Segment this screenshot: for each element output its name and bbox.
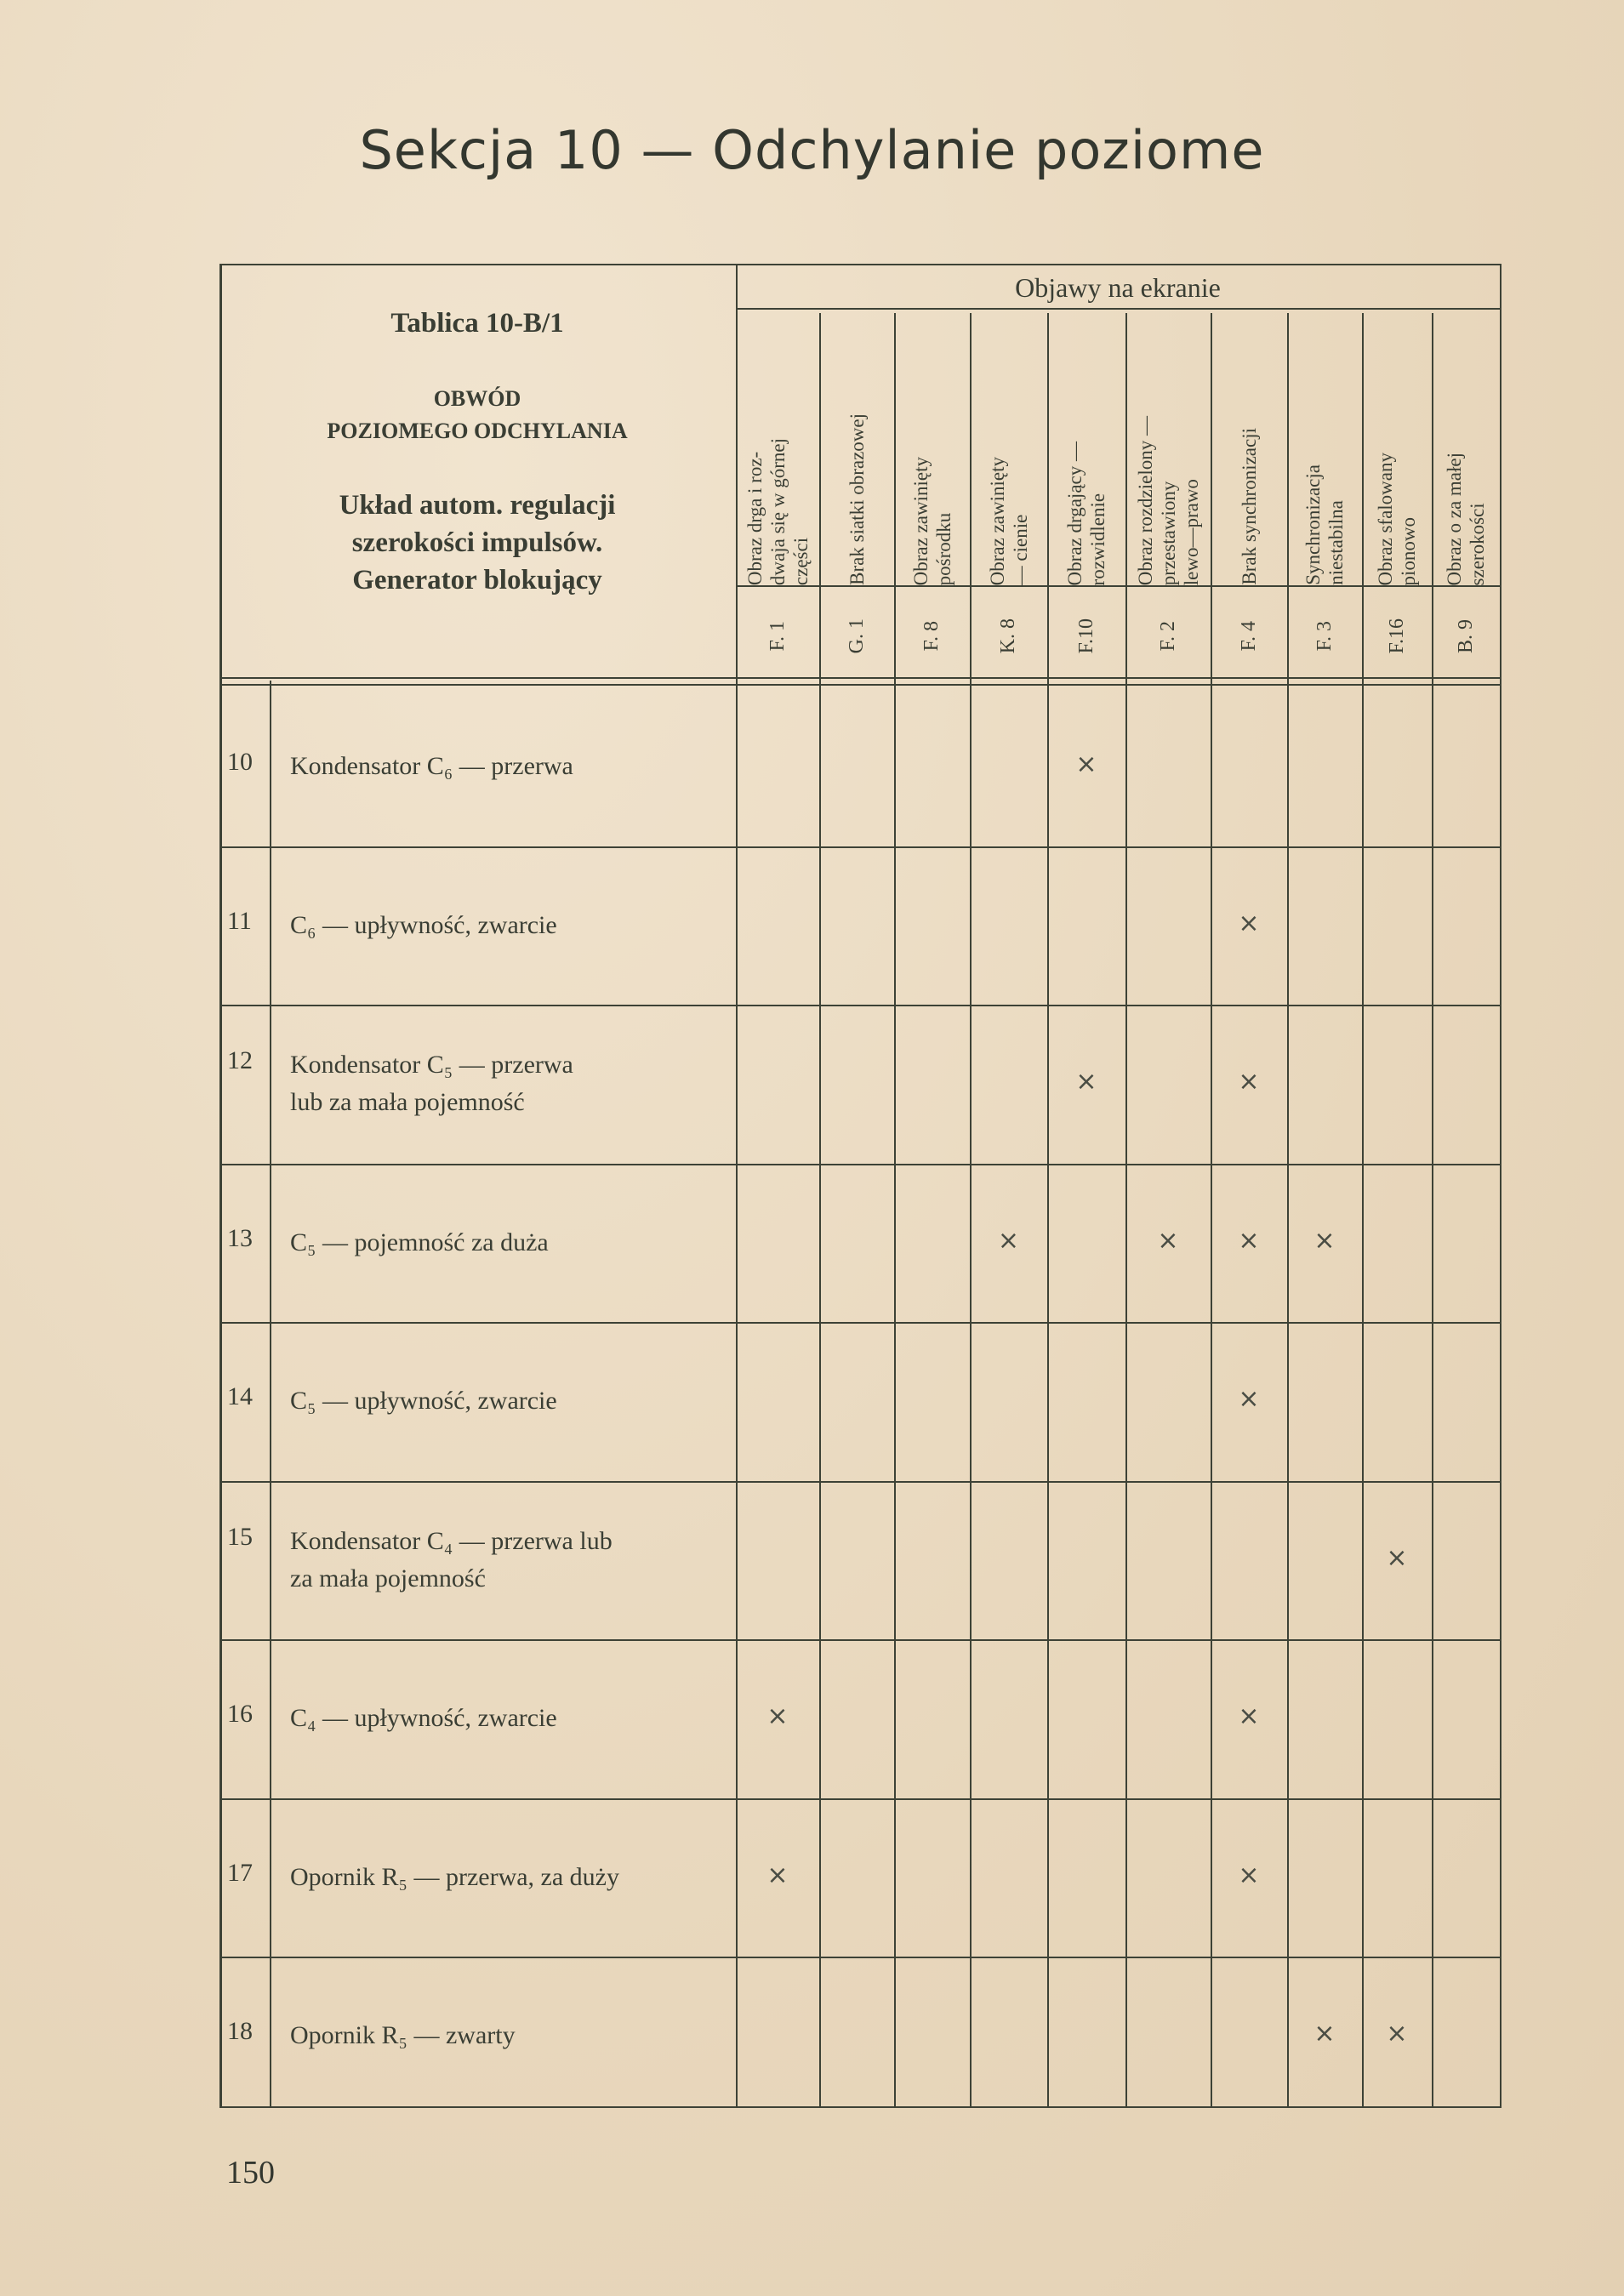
symptom-label: Obraz zawinięty — cienie: [970, 313, 1047, 585]
symptom-code: F.16: [1362, 594, 1432, 679]
symptom-mark: ×: [1380, 2019, 1414, 2048]
symptom-code: B. 9: [1432, 594, 1500, 679]
symptom-header: Brak synchronizacjiF. 4: [1211, 313, 1287, 681]
row-number: 18: [227, 2017, 253, 2046]
row-number: 17: [227, 1859, 253, 1888]
row-number: 11: [227, 907, 252, 936]
page-number: 150: [226, 2154, 275, 2191]
symptom-code: F. 4: [1211, 594, 1287, 679]
table-row: 14C₅ — upływność, zwarcie×: [222, 1322, 1500, 1481]
symptom-header: Brak siatki obrazowejG. 1: [819, 313, 894, 681]
fault-description: Opornik R₅ — zwarty: [290, 2017, 516, 2054]
symptom-mark: ×: [1308, 2019, 1342, 2048]
symptom-header: Obraz sfalowany pionowoF.16: [1362, 313, 1432, 681]
symptom-header: Obraz drgający — rozwidlenieF.10: [1047, 313, 1125, 681]
symptom-label: Obraz o za małej szerokości: [1432, 313, 1500, 585]
group-divider: [736, 308, 1500, 310]
table-row: 15Kondensator C₄ — przerwa lubza mała po…: [222, 1481, 1500, 1640]
row-number: 12: [227, 1046, 253, 1075]
symptom-header: Obraz rozdzielony — przestawiony lewo—pr…: [1125, 313, 1211, 681]
row-number: 15: [227, 1523, 253, 1552]
symptom-mark: ×: [1308, 1226, 1342, 1256]
symptom-label: Obraz rozdzielony — przestawiony lewo—pr…: [1125, 313, 1211, 585]
table-row: 10Kondensator C₆ — przerwa×: [222, 687, 1500, 846]
table-row: 13C₅ — pojemność za duża××××: [222, 1164, 1500, 1323]
symptom-label: Obraz sfalowany pionowo: [1362, 313, 1432, 585]
symptom-mark: ×: [761, 1860, 795, 1890]
symptom-code: F. 8: [894, 594, 970, 679]
symptom-mark: ×: [1232, 1067, 1266, 1097]
fault-description: C₅ — upływność, zwarcie: [290, 1382, 557, 1420]
header-bottom-border-2: [219, 684, 1500, 686]
symptom-mark: ×: [1151, 1226, 1185, 1256]
symptom-label: Obraz drga i roz- dwaja się w górnej czę…: [736, 313, 819, 585]
symptom-code: F.10: [1047, 594, 1125, 679]
table-header-left: Tablica 10-B/1 OBWÓD POZIOMEGO ODCHYLANI…: [222, 264, 732, 681]
table-row: 12Kondensator C₅ — przerwalub za mała po…: [222, 1005, 1500, 1164]
symptom-mark: ×: [1232, 1384, 1266, 1414]
symptoms-group-label: Objawy na ekranie: [736, 272, 1500, 304]
table-row: 17Opornik R₅ — przerwa, za duży××: [222, 1798, 1500, 1957]
fault-description: C₄ — upływność, zwarcie: [290, 1700, 557, 1737]
symptom-label: Obraz zawinięty pośrodku: [894, 313, 970, 585]
symptom-mark: ×: [1380, 1543, 1414, 1573]
table-top-border: [219, 264, 1500, 265]
symptom-header: Obraz zawinięty pośrodkuF. 8: [894, 313, 970, 681]
table-id: Tablica 10-B/1: [222, 308, 732, 339]
symptom-mark: ×: [1232, 1226, 1266, 1256]
fault-description: Opornik R₅ — przerwa, za duży: [290, 1859, 619, 1896]
symptom-table: Tablica 10-B/1 OBWÓD POZIOMEGO ODCHYLANI…: [219, 264, 1500, 2108]
symptom-header: Obraz o za małej szerokościB. 9: [1432, 313, 1500, 681]
symptom-mark: ×: [1232, 1701, 1266, 1731]
symptom-mark: ×: [1232, 909, 1266, 938]
table-right-border: [1500, 264, 1501, 2108]
row-number: 14: [227, 1382, 253, 1411]
circuit-name: OBWÓD POZIOMEGO ODCHYLANIA: [222, 383, 732, 447]
table-row: 18Opornik R₅ — zwarty××: [222, 1957, 1500, 2116]
symptom-code: F. 3: [1287, 594, 1362, 679]
symptom-code: F. 2: [1125, 594, 1211, 679]
symptom-code: G. 1: [819, 594, 894, 679]
symptom-mark: ×: [1069, 749, 1103, 779]
fault-description: C₆ — upływność, zwarcie: [290, 907, 557, 944]
symptom-label: Brak siatki obrazowej: [819, 313, 894, 585]
table-bottom-border: [219, 2106, 1500, 2108]
fault-description: Kondensator C₆ — przerwa: [290, 748, 573, 785]
fault-description: Kondensator C₅ — przerwalub za mała poje…: [290, 1046, 573, 1121]
symptom-code: F. 1: [736, 594, 819, 679]
table-row: 11C₆ — upływność, zwarcie×: [222, 846, 1500, 1006]
symptom-label: Obraz drgający — rozwidlenie: [1047, 313, 1125, 585]
row-number: 13: [227, 1224, 253, 1253]
symptom-mark: ×: [992, 1226, 1026, 1256]
table-row: 16C₄ — upływność, zwarcie××: [222, 1639, 1500, 1798]
row-number: 10: [227, 748, 253, 777]
symptom-label: Brak synchronizacji: [1211, 313, 1287, 585]
symptom-label: Synchronizacja niestabilna: [1287, 313, 1362, 585]
fault-description: C₅ — pojemność za duża: [290, 1224, 549, 1262]
symptom-header: Obraz drga i roz- dwaja się w górnej czę…: [736, 313, 819, 681]
fault-description: Kondensator C₄ — przerwa lubza mała poje…: [290, 1523, 613, 1598]
symptom-mark: ×: [1232, 1860, 1266, 1890]
circuit-description: Układ autom. regulacji szerokości impuls…: [222, 487, 732, 599]
page-title: Sekcja 10 — Odchylanie poziome: [0, 119, 1624, 181]
symptom-code: K. 8: [970, 594, 1047, 679]
row-number: 16: [227, 1700, 253, 1729]
symptom-mark: ×: [1069, 1067, 1103, 1097]
symptom-header: Synchronizacja niestabilnaF. 3: [1287, 313, 1362, 681]
symptom-mark: ×: [761, 1701, 795, 1731]
symptom-header: Obraz zawinięty — cienieK. 8: [970, 313, 1047, 681]
